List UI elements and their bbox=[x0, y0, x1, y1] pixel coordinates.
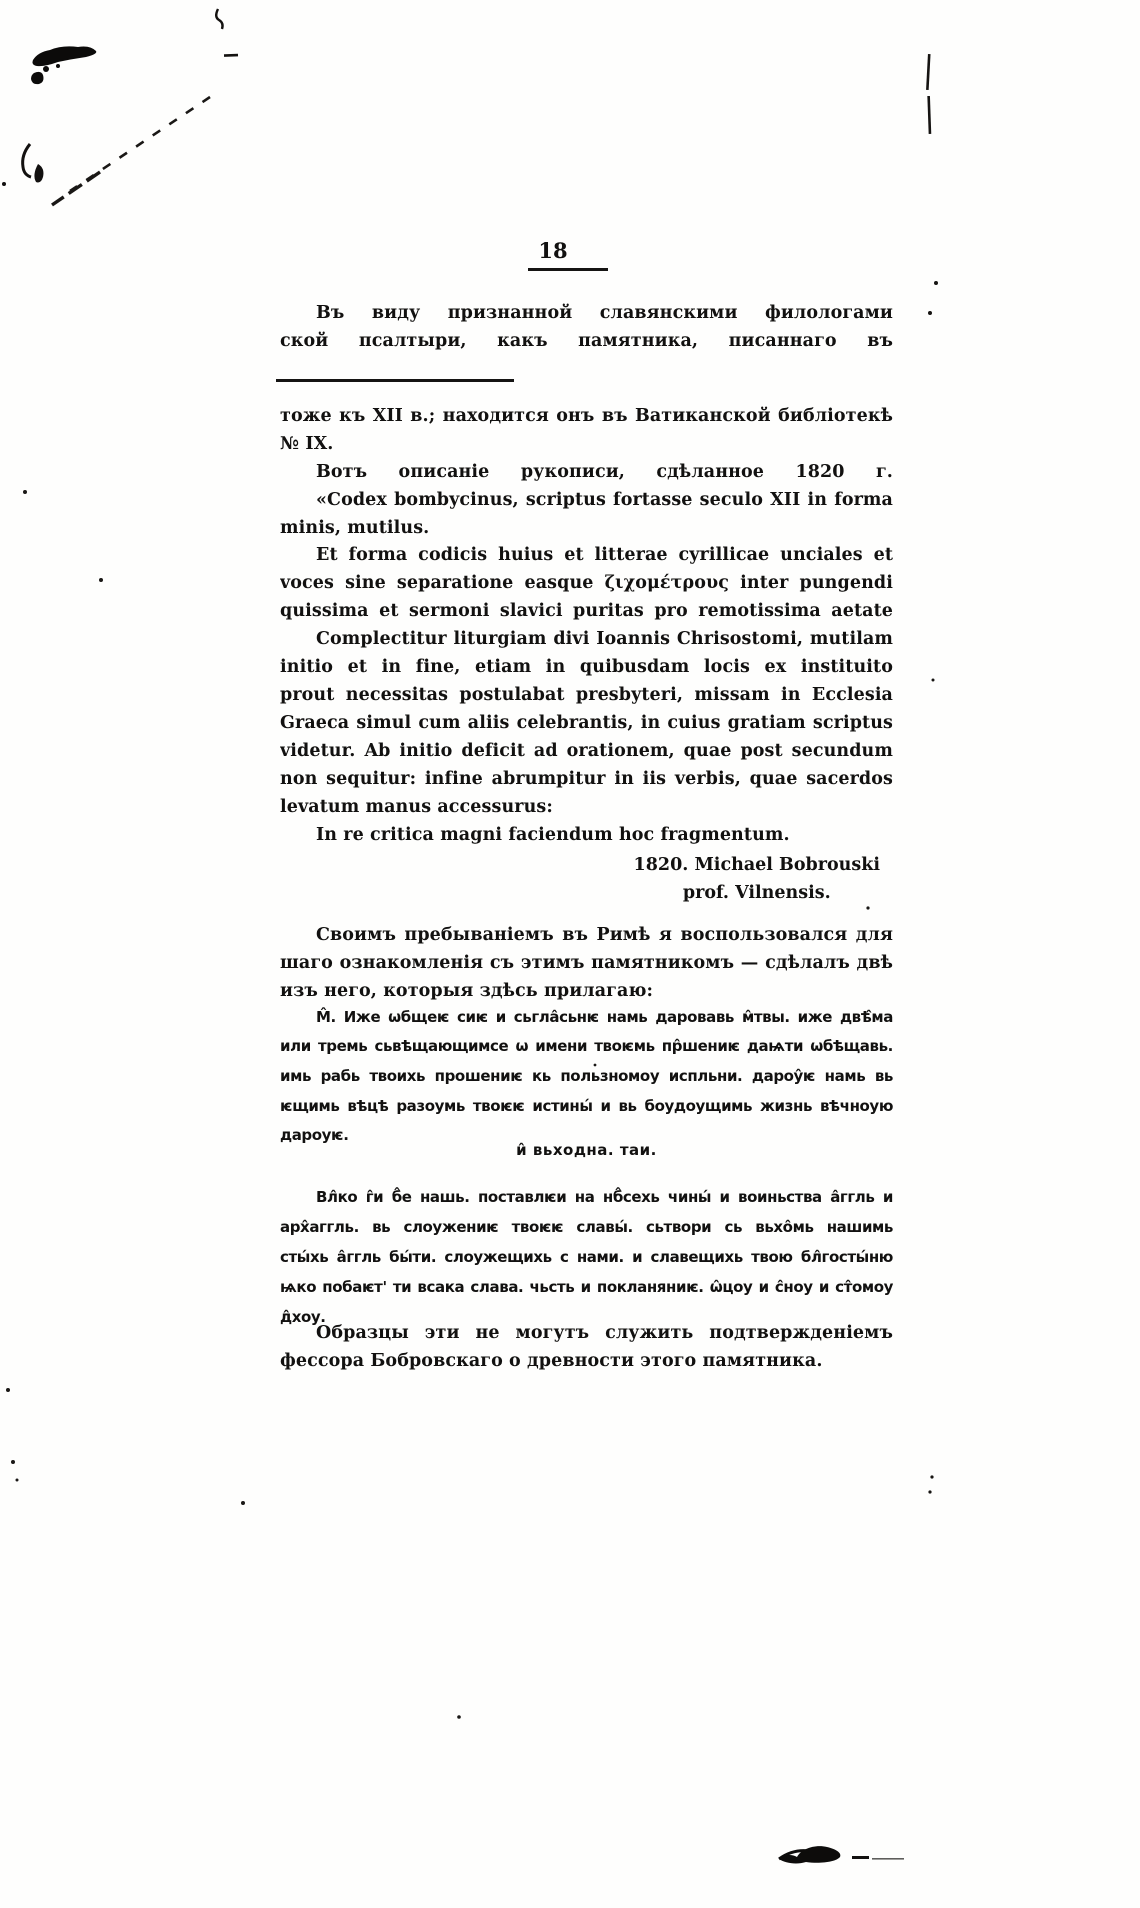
signature-date-name: 1820. Michael Bobrouski bbox=[634, 851, 880, 879]
text-line: «Codex bombycinus, scriptus fortasse sec… bbox=[280, 487, 893, 515]
page-number: 18 bbox=[503, 238, 603, 263]
slavonic-line: или тремь сьвѣщающимсе ѡ имени твоѥмь пр… bbox=[280, 1032, 893, 1062]
text-line: Graeca simul cum aliis celebrantis, in c… bbox=[280, 710, 893, 738]
margin-tick-icon bbox=[926, 54, 938, 1494]
ink-scribble-icon bbox=[779, 1846, 904, 1863]
paragraph-description: тоже къ XII в.; находится онъ въ Ватикан… bbox=[280, 403, 893, 849]
slavonic-excerpt-1: М̂. Иже ѡбщеѥ сиѥ и сьгла̂сьнѥ намь даро… bbox=[280, 1003, 893, 1150]
signature-title: prof. Vilnensis. bbox=[634, 879, 880, 907]
text-line: quissima et sermoni slavici puritas pro … bbox=[280, 598, 893, 626]
slavonic-line: арх̂аггль. вь слоужениѥ твоѥѥ славы́. сь… bbox=[280, 1212, 893, 1242]
scanned-book-page: 18 Въ виду признанной славянскими филоло… bbox=[0, 0, 1140, 1908]
paragraph-rome: Своимъ пребываніемъ въ Римѣ я воспользов… bbox=[280, 922, 893, 1006]
paragraph-conclusion: Образцы эти не могутъ служить подтвержде… bbox=[280, 1320, 893, 1376]
text-line: № IX. bbox=[280, 431, 893, 459]
text-line: initio et in fine, etiam in quibusdam lo… bbox=[280, 654, 893, 682]
slavonic-line: ѩко побаѥт' ти всака слава. чьсть и покл… bbox=[280, 1272, 893, 1302]
text-line: prout necessitas postulabat presbyteri, … bbox=[280, 682, 893, 710]
text-line: voces sine separatione easque ζιχομέτρου… bbox=[280, 570, 893, 598]
pen-squiggle-icon bbox=[216, 9, 222, 29]
text-line: Образцы эти не могутъ служить подтвержде… bbox=[280, 1320, 893, 1348]
text-line: minis, mutilus. bbox=[280, 515, 893, 543]
slavonic-line: ѥщимь вѣцѣ разоумь твоѥѥ истины́ и вь бо… bbox=[280, 1092, 893, 1121]
text-line: levatum manus accessurus: bbox=[280, 794, 893, 822]
signature-block: 1820. Michael Bobrouski prof. Vilnensis. bbox=[280, 851, 893, 907]
slavonic-caption: и̂ вьходна. таи. bbox=[280, 1141, 893, 1159]
text-line: ской псалтыри, какъ памятника, писаннаго… bbox=[280, 328, 893, 356]
text-line: Et forma codicis huius et litterae cyril… bbox=[280, 542, 893, 570]
ink-blot-icon bbox=[31, 46, 96, 84]
pencil-dash-diagonal-icon bbox=[52, 97, 210, 205]
text-line: шаго ознакомленія съ этимъ памятникомъ —… bbox=[280, 950, 893, 978]
separator-rule bbox=[276, 379, 514, 382]
text-line: Complectitur liturgiam divi Ioannis Chri… bbox=[280, 626, 893, 654]
pen-dash-icon bbox=[224, 54, 238, 57]
text-line: videtur. Ab initio deficit ad orationem,… bbox=[280, 738, 893, 766]
text-line: In re critica magni faciendum hoc fragme… bbox=[280, 822, 893, 850]
text-line: Въ виду признанной славянскими филологам… bbox=[280, 300, 893, 328]
page-number-underline bbox=[528, 268, 608, 271]
text-line: Вотъ описаніе рукописи, сдѣланное 1820 г… bbox=[280, 459, 893, 487]
slavonic-excerpt-2: Вл̂ко г̂и б̂е нашь. поставлѥи на нб̂сехь… bbox=[280, 1182, 893, 1332]
slavonic-line: Вл̂ко г̂и б̂е нашь. поставлѥи на нб̂сехь… bbox=[280, 1182, 893, 1212]
text-line: тоже къ XII в.; находится онъ въ Ватикан… bbox=[280, 403, 893, 431]
pen-hook-icon bbox=[2, 144, 43, 186]
text-line: изъ него, которыя здѣсь прилагаю: bbox=[280, 978, 893, 1006]
paragraph-intro: Въ виду признанной славянскими филологам… bbox=[280, 300, 893, 356]
signature: 1820. Michael Bobrouski prof. Vilnensis. bbox=[634, 851, 880, 907]
slavonic-line: сты́хь а̂ггль бы́ти. слоужещихь с нами. … bbox=[280, 1242, 893, 1272]
text-line: non sequitur: infine abrumpitur in iis v… bbox=[280, 766, 893, 794]
text-line: фессора Бобровскаго о древности этого па… bbox=[280, 1348, 893, 1376]
slavonic-line: М̂. Иже ѡбщеѥ сиѥ и сьгла̂сьнѥ намь даро… bbox=[280, 1003, 893, 1032]
slavonic-line: имь рабь твоихь прошениѥ кь пользномоу и… bbox=[280, 1062, 893, 1092]
text-line: Своимъ пребываніемъ въ Римѣ я воспользов… bbox=[280, 922, 893, 950]
